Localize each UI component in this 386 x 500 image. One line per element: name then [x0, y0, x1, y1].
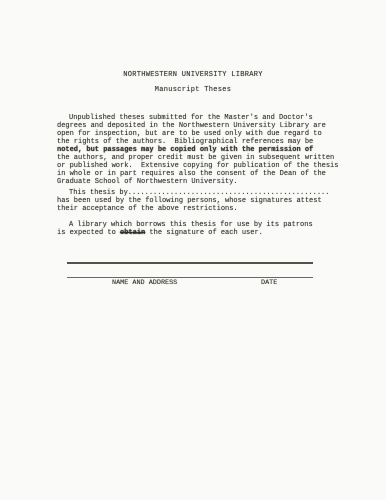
paragraph-line: their acceptance of the above restrictio… [57, 205, 343, 213]
signature-rule-bottom [67, 277, 313, 278]
paragraph-line: or published work. Extensive copying for… [57, 162, 343, 170]
paragraph-line: Unpublished theses submitted for the Mas… [57, 114, 343, 122]
name-address-column-header: NAME AND ADDRESS [112, 279, 177, 287]
paragraph-line: noted, but passages may be copied only w… [57, 146, 343, 154]
line-prefix: is expected to [57, 229, 120, 237]
document-subtitle: Manuscript Theses [0, 86, 386, 94]
overstruck-word: obtain [120, 229, 145, 237]
signature-rule-top [67, 262, 313, 264]
restrictions-paragraph: Unpublished theses submitted for the Mas… [57, 114, 343, 186]
paragraph-line: in whole or in part requires also the co… [57, 170, 343, 178]
paragraph-line: A library which borrows this thesis for … [57, 221, 343, 229]
scanned-document-page: NORTHWESTERN UNIVERSITY LIBRARY Manuscri… [0, 0, 386, 500]
library-borrow-paragraph: A library which borrows this thesis for … [57, 221, 343, 237]
thesis-by-paragraph: This thesis by..........................… [57, 189, 343, 213]
library-title: NORTHWESTERN UNIVERSITY LIBRARY [0, 71, 386, 79]
paragraph-line: open for inspection, but are to be used … [57, 130, 343, 138]
paragraph-line: is expected to obtain the signature of e… [57, 229, 343, 237]
paragraph-line: has been used by the following persons, … [57, 197, 343, 205]
paragraph-line: the authors, and proper credit must be g… [57, 154, 343, 162]
paragraph-line: the rights of the authors. Bibliographic… [57, 138, 343, 146]
thesis-by-fill-in-line: This thesis by..........................… [57, 189, 343, 197]
paragraph-line: degrees and deposited in the Northwester… [57, 122, 343, 130]
paragraph-line: Graduate School of Northwestern Universi… [57, 178, 343, 186]
date-column-header: DATE [261, 279, 277, 287]
line-suffix: the signature of each user. [145, 229, 263, 237]
